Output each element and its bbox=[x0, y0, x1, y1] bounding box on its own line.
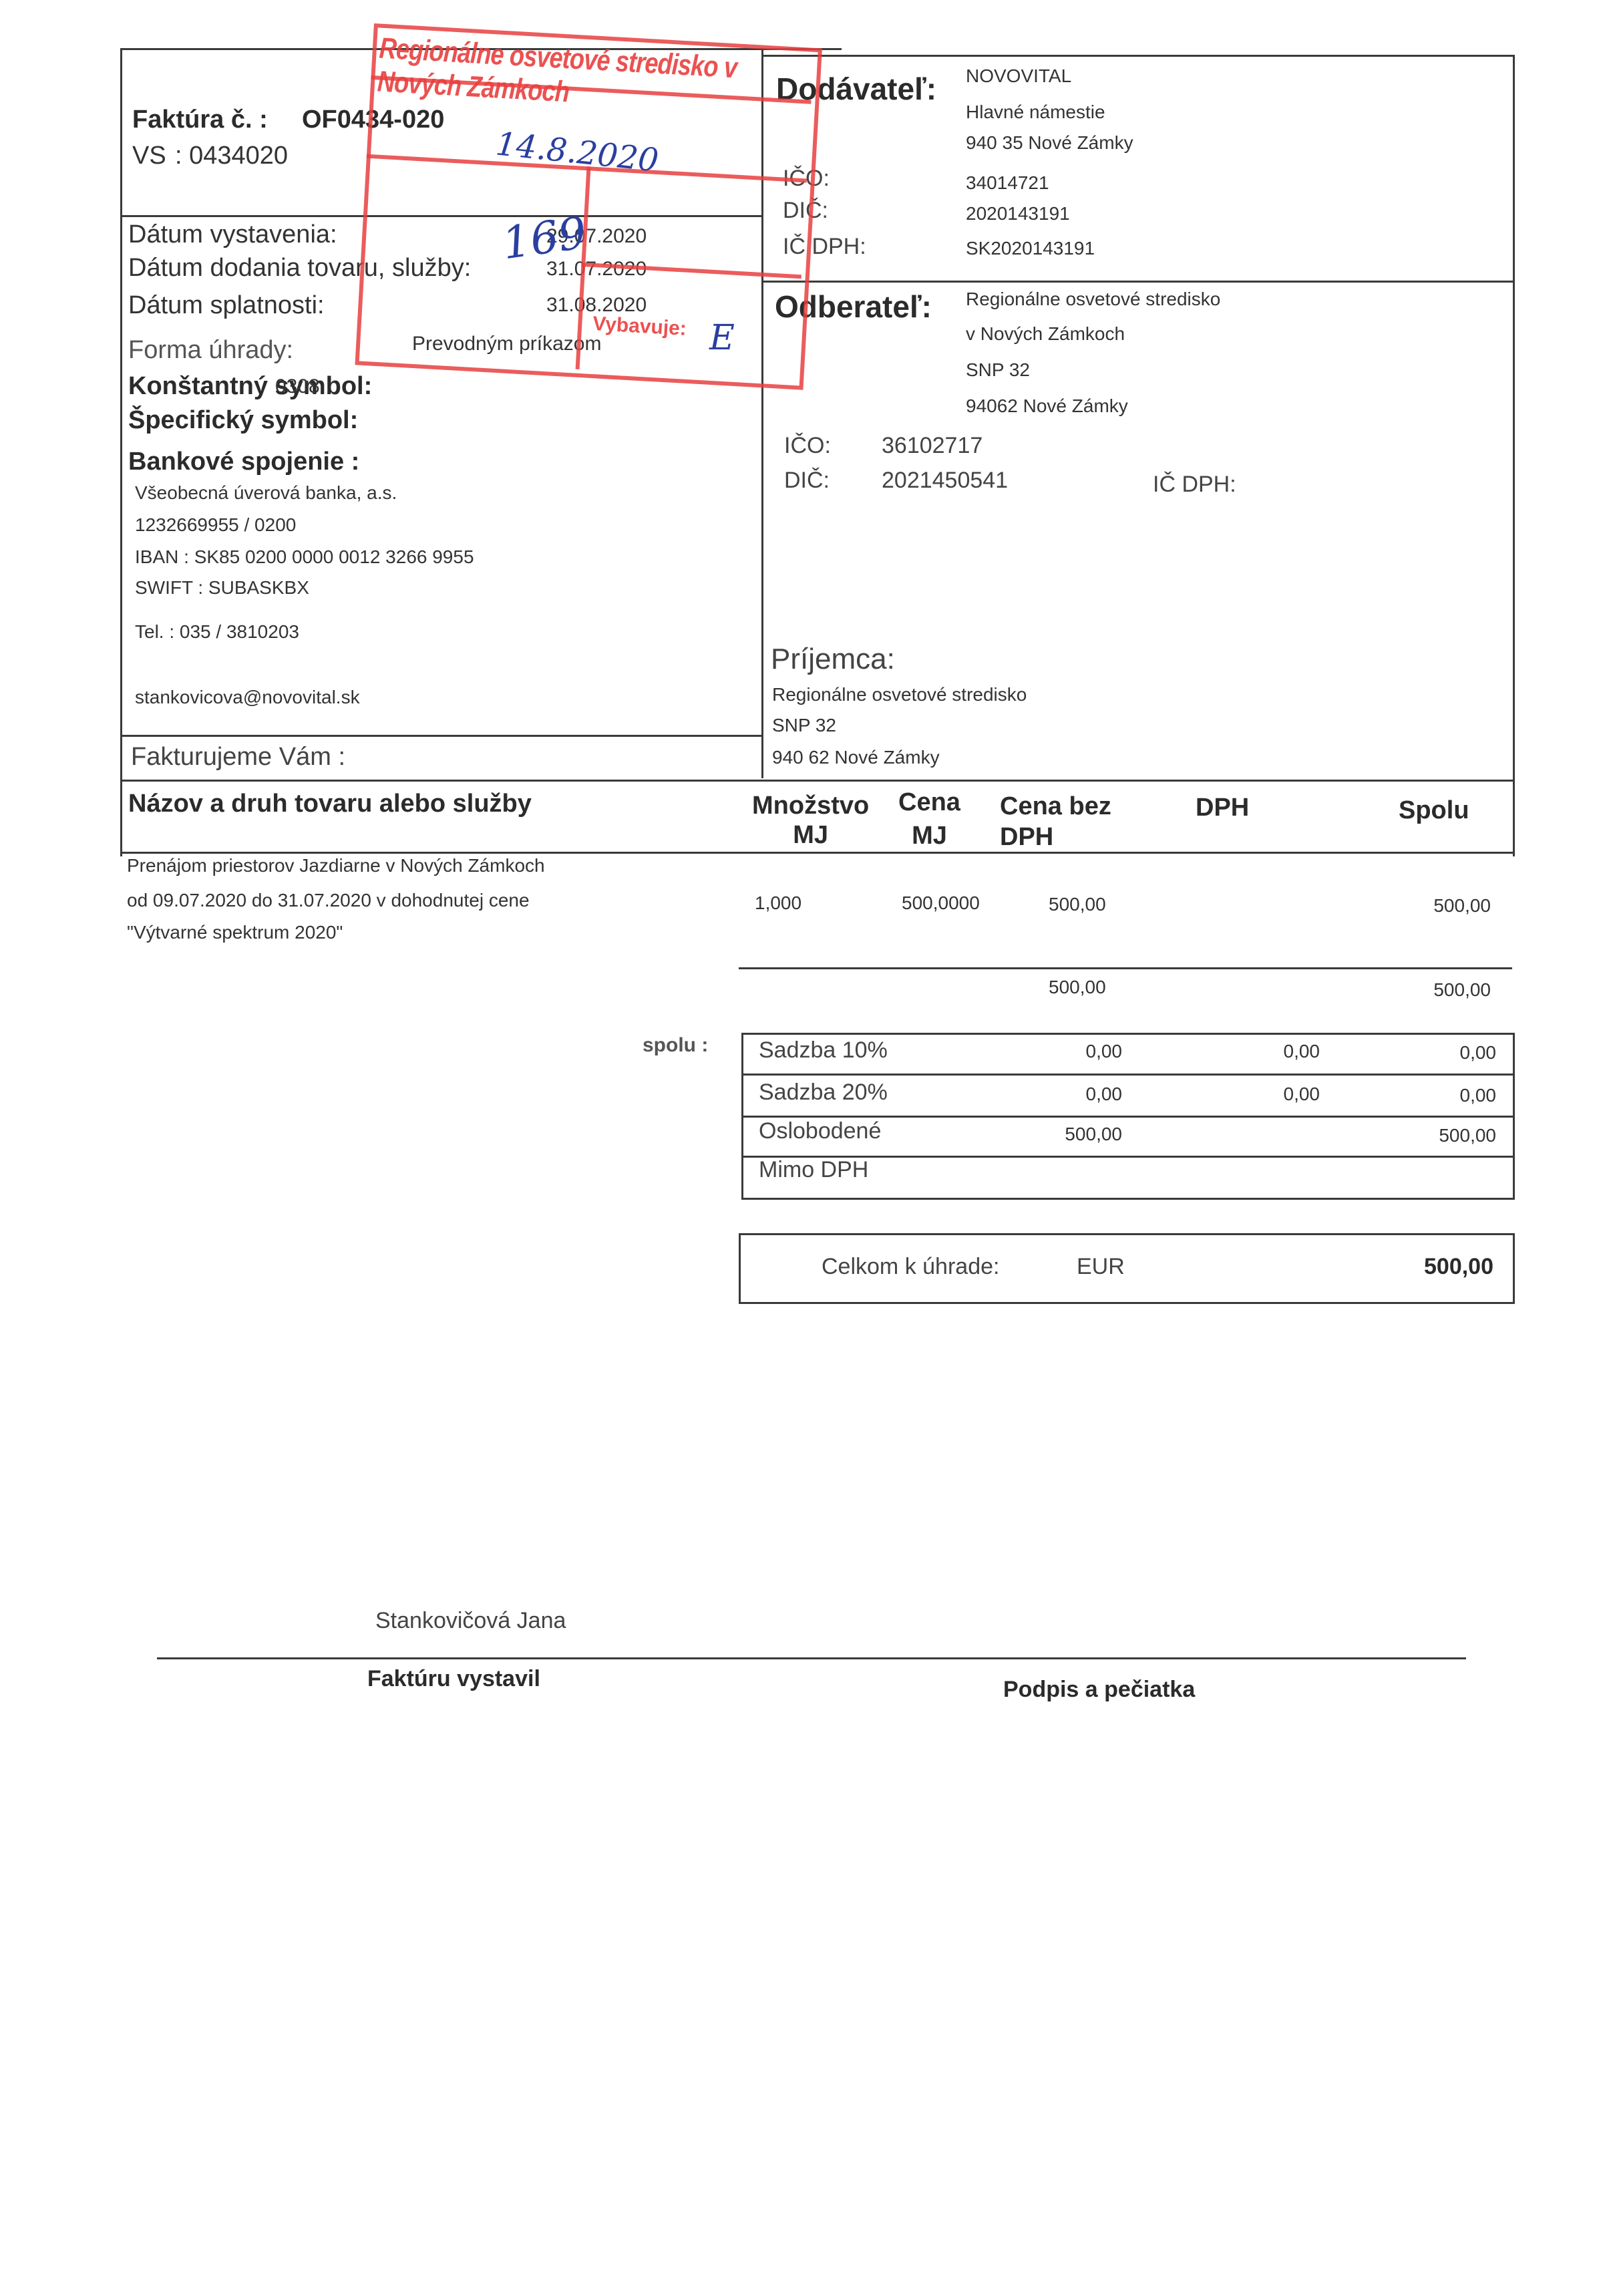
issuer-name: Stankovičová Jana bbox=[375, 1608, 566, 1634]
summary-row-total: 500,00 bbox=[1403, 1125, 1496, 1146]
bank-label: Bankové spojenie : bbox=[128, 448, 359, 476]
grand-total-label: Celkom k úhrade: bbox=[822, 1254, 999, 1280]
signature-line bbox=[157, 1657, 1466, 1659]
header-right-border bbox=[1513, 55, 1515, 856]
due-date: 31.08.2020 bbox=[546, 294, 647, 317]
email-link[interactable]: stankovicova@novovital.sk bbox=[135, 687, 360, 708]
issuer-label: Faktúru vystavil bbox=[367, 1666, 540, 1692]
constant-symbol: 0308 bbox=[275, 375, 320, 398]
item-net: 500,00 bbox=[1049, 894, 1106, 915]
col-header-qty: Množstvo MJ bbox=[752, 791, 869, 850]
delivery-date-label: Dátum dodania tovaru, služby: bbox=[128, 254, 471, 283]
col-header-net-l2: DPH bbox=[1000, 822, 1111, 852]
summary-row-divider bbox=[741, 1116, 1513, 1118]
summary-row-label: Sadzba 20% bbox=[759, 1080, 888, 1106]
supplier-street: Hlavné námestie bbox=[966, 102, 1105, 123]
handwritten-received-date: 14.8.2020 bbox=[494, 125, 661, 179]
invoice-number: OF0434-020 bbox=[302, 106, 444, 134]
phone: Tel. : 035 / 3810203 bbox=[135, 621, 299, 643]
stamp-handler-label: Vybavuje: bbox=[592, 313, 687, 341]
supplier-city: 940 35 Nové Zámky bbox=[966, 132, 1133, 154]
vs-value: : 0434020 bbox=[175, 142, 288, 170]
col-header-price-l2: MJ bbox=[898, 819, 960, 852]
invoice-number-label: Faktúra č. : bbox=[132, 106, 268, 134]
table-header-top bbox=[120, 780, 1513, 782]
signature-label: Podpis a pečiatka bbox=[1003, 1677, 1195, 1703]
payment-method-label: Forma úhrady: bbox=[128, 336, 293, 365]
customer-dic: 2021450541 bbox=[882, 468, 1008, 494]
supplier-ico: 34014721 bbox=[966, 172, 1049, 194]
col-header-price: Cena MJ bbox=[898, 786, 960, 852]
header-divider bbox=[761, 50, 763, 778]
customer-ico-label: IČO: bbox=[784, 433, 831, 459]
specific-symbol-label: Špecifický symbol: bbox=[128, 406, 358, 435]
swift: SWIFT : SUBASKBX bbox=[135, 577, 309, 599]
recipient-street: SNP 32 bbox=[772, 715, 836, 736]
item-qty: 1,000 bbox=[755, 892, 801, 914]
col-header-price-l1: Cena bbox=[898, 786, 960, 819]
bank-account: 1232669955 / 0200 bbox=[135, 514, 296, 536]
supplier-top-border bbox=[761, 55, 1513, 57]
invoice-dates-divider bbox=[120, 215, 761, 217]
grand-total-amount: 500,00 bbox=[1369, 1254, 1493, 1280]
handwritten-handler: E bbox=[709, 318, 735, 358]
customer-icdph-label: IČ DPH: bbox=[1153, 472, 1236, 498]
supplier-dic-label: DIČ: bbox=[783, 198, 828, 224]
item-desc-line1: Prenájom priestorov Jazdiarne v Nových Z… bbox=[127, 855, 545, 876]
col-header-total: Spolu bbox=[1399, 796, 1469, 825]
supplier-ico-label: IČO: bbox=[783, 166, 830, 192]
stamp-title-divider bbox=[371, 75, 811, 104]
billing-divider bbox=[120, 735, 761, 737]
issued-date-label: Dátum vystavenia: bbox=[128, 220, 337, 249]
summary-row-divider bbox=[741, 1074, 1513, 1076]
customer-name-2: v Nových Zámkoch bbox=[966, 323, 1125, 345]
billing-heading: Fakturujeme Vám : bbox=[131, 743, 345, 772]
summary-row-vat: 0,00 bbox=[1226, 1084, 1320, 1105]
summary-row-vat: 0,00 bbox=[1226, 1041, 1320, 1062]
summary-row-label: Mimo DPH bbox=[759, 1157, 868, 1183]
table-header-bottom bbox=[120, 852, 1513, 854]
grand-total-currency: EUR bbox=[1077, 1254, 1125, 1280]
constant-symbol-label: Konštantný symbol: bbox=[128, 372, 372, 401]
customer-label: Odberateľ: bbox=[775, 289, 932, 325]
payment-method: Prevodným príkazom bbox=[412, 333, 601, 355]
recipient-city: 940 62 Nové Zámky bbox=[772, 747, 940, 768]
col-header-vat: DPH bbox=[1196, 794, 1249, 822]
summary-row-total: 0,00 bbox=[1403, 1085, 1496, 1106]
customer-street: SNP 32 bbox=[966, 359, 1030, 381]
supplier-icdph-label: IČ DPH: bbox=[783, 234, 866, 260]
summary-label: spolu : bbox=[643, 1034, 708, 1057]
vs-label: VS bbox=[132, 142, 166, 170]
item-total: 500,00 bbox=[1403, 895, 1491, 917]
bank-name: Všeobecná úverová banka, a.s. bbox=[135, 482, 397, 504]
summary-row-base: 500,00 bbox=[1029, 1124, 1122, 1145]
item-desc-line2: od 09.07.2020 do 31.07.2020 v dohodnutej… bbox=[127, 890, 530, 911]
subtotal-net: 500,00 bbox=[1049, 977, 1106, 998]
col-header-name: Názov a druh tovaru alebo služby bbox=[128, 790, 532, 818]
col-header-net: Cena bez DPH bbox=[1000, 791, 1111, 852]
customer-name-1: Regionálne osvetové stredisko bbox=[966, 289, 1220, 310]
supplier-label: Dodávateľ: bbox=[776, 71, 936, 107]
subtotal-divider bbox=[739, 967, 1512, 969]
recipient-label: Príjemca: bbox=[771, 643, 895, 676]
summary-row-label: Sadzba 10% bbox=[759, 1037, 888, 1063]
customer-city: 94062 Nové Zámky bbox=[966, 395, 1128, 417]
due-date-label: Dátum splatnosti: bbox=[128, 291, 325, 320]
supplier-dic: 2020143191 bbox=[966, 203, 1070, 224]
col-header-qty-l2: MJ bbox=[752, 820, 869, 850]
supplier-icdph: SK2020143191 bbox=[966, 238, 1095, 259]
item-desc-line3: "Výtvarné spektrum 2020" bbox=[127, 922, 343, 943]
supplier-customer-divider bbox=[761, 281, 1513, 283]
summary-row-total: 0,00 bbox=[1403, 1042, 1496, 1063]
col-header-net-l1: Cena bez bbox=[1000, 791, 1111, 822]
subtotal-total: 500,00 bbox=[1403, 979, 1491, 1001]
recipient-name: Regionálne osvetové stredisko bbox=[772, 684, 1027, 705]
summary-row-label: Oslobodené bbox=[759, 1118, 881, 1144]
customer-dic-label: DIČ: bbox=[784, 468, 830, 494]
summary-row-base: 0,00 bbox=[1029, 1084, 1122, 1105]
col-header-qty-l1: Množstvo bbox=[752, 791, 869, 820]
supplier-name: NOVOVITAL bbox=[966, 65, 1071, 87]
header-top-border bbox=[120, 48, 842, 50]
summary-row-base: 0,00 bbox=[1029, 1041, 1122, 1062]
customer-ico: 36102717 bbox=[882, 433, 982, 459]
iban: IBAN : SK85 0200 0000 0012 3266 9955 bbox=[135, 546, 474, 568]
item-unit-price: 500,0000 bbox=[902, 892, 980, 914]
